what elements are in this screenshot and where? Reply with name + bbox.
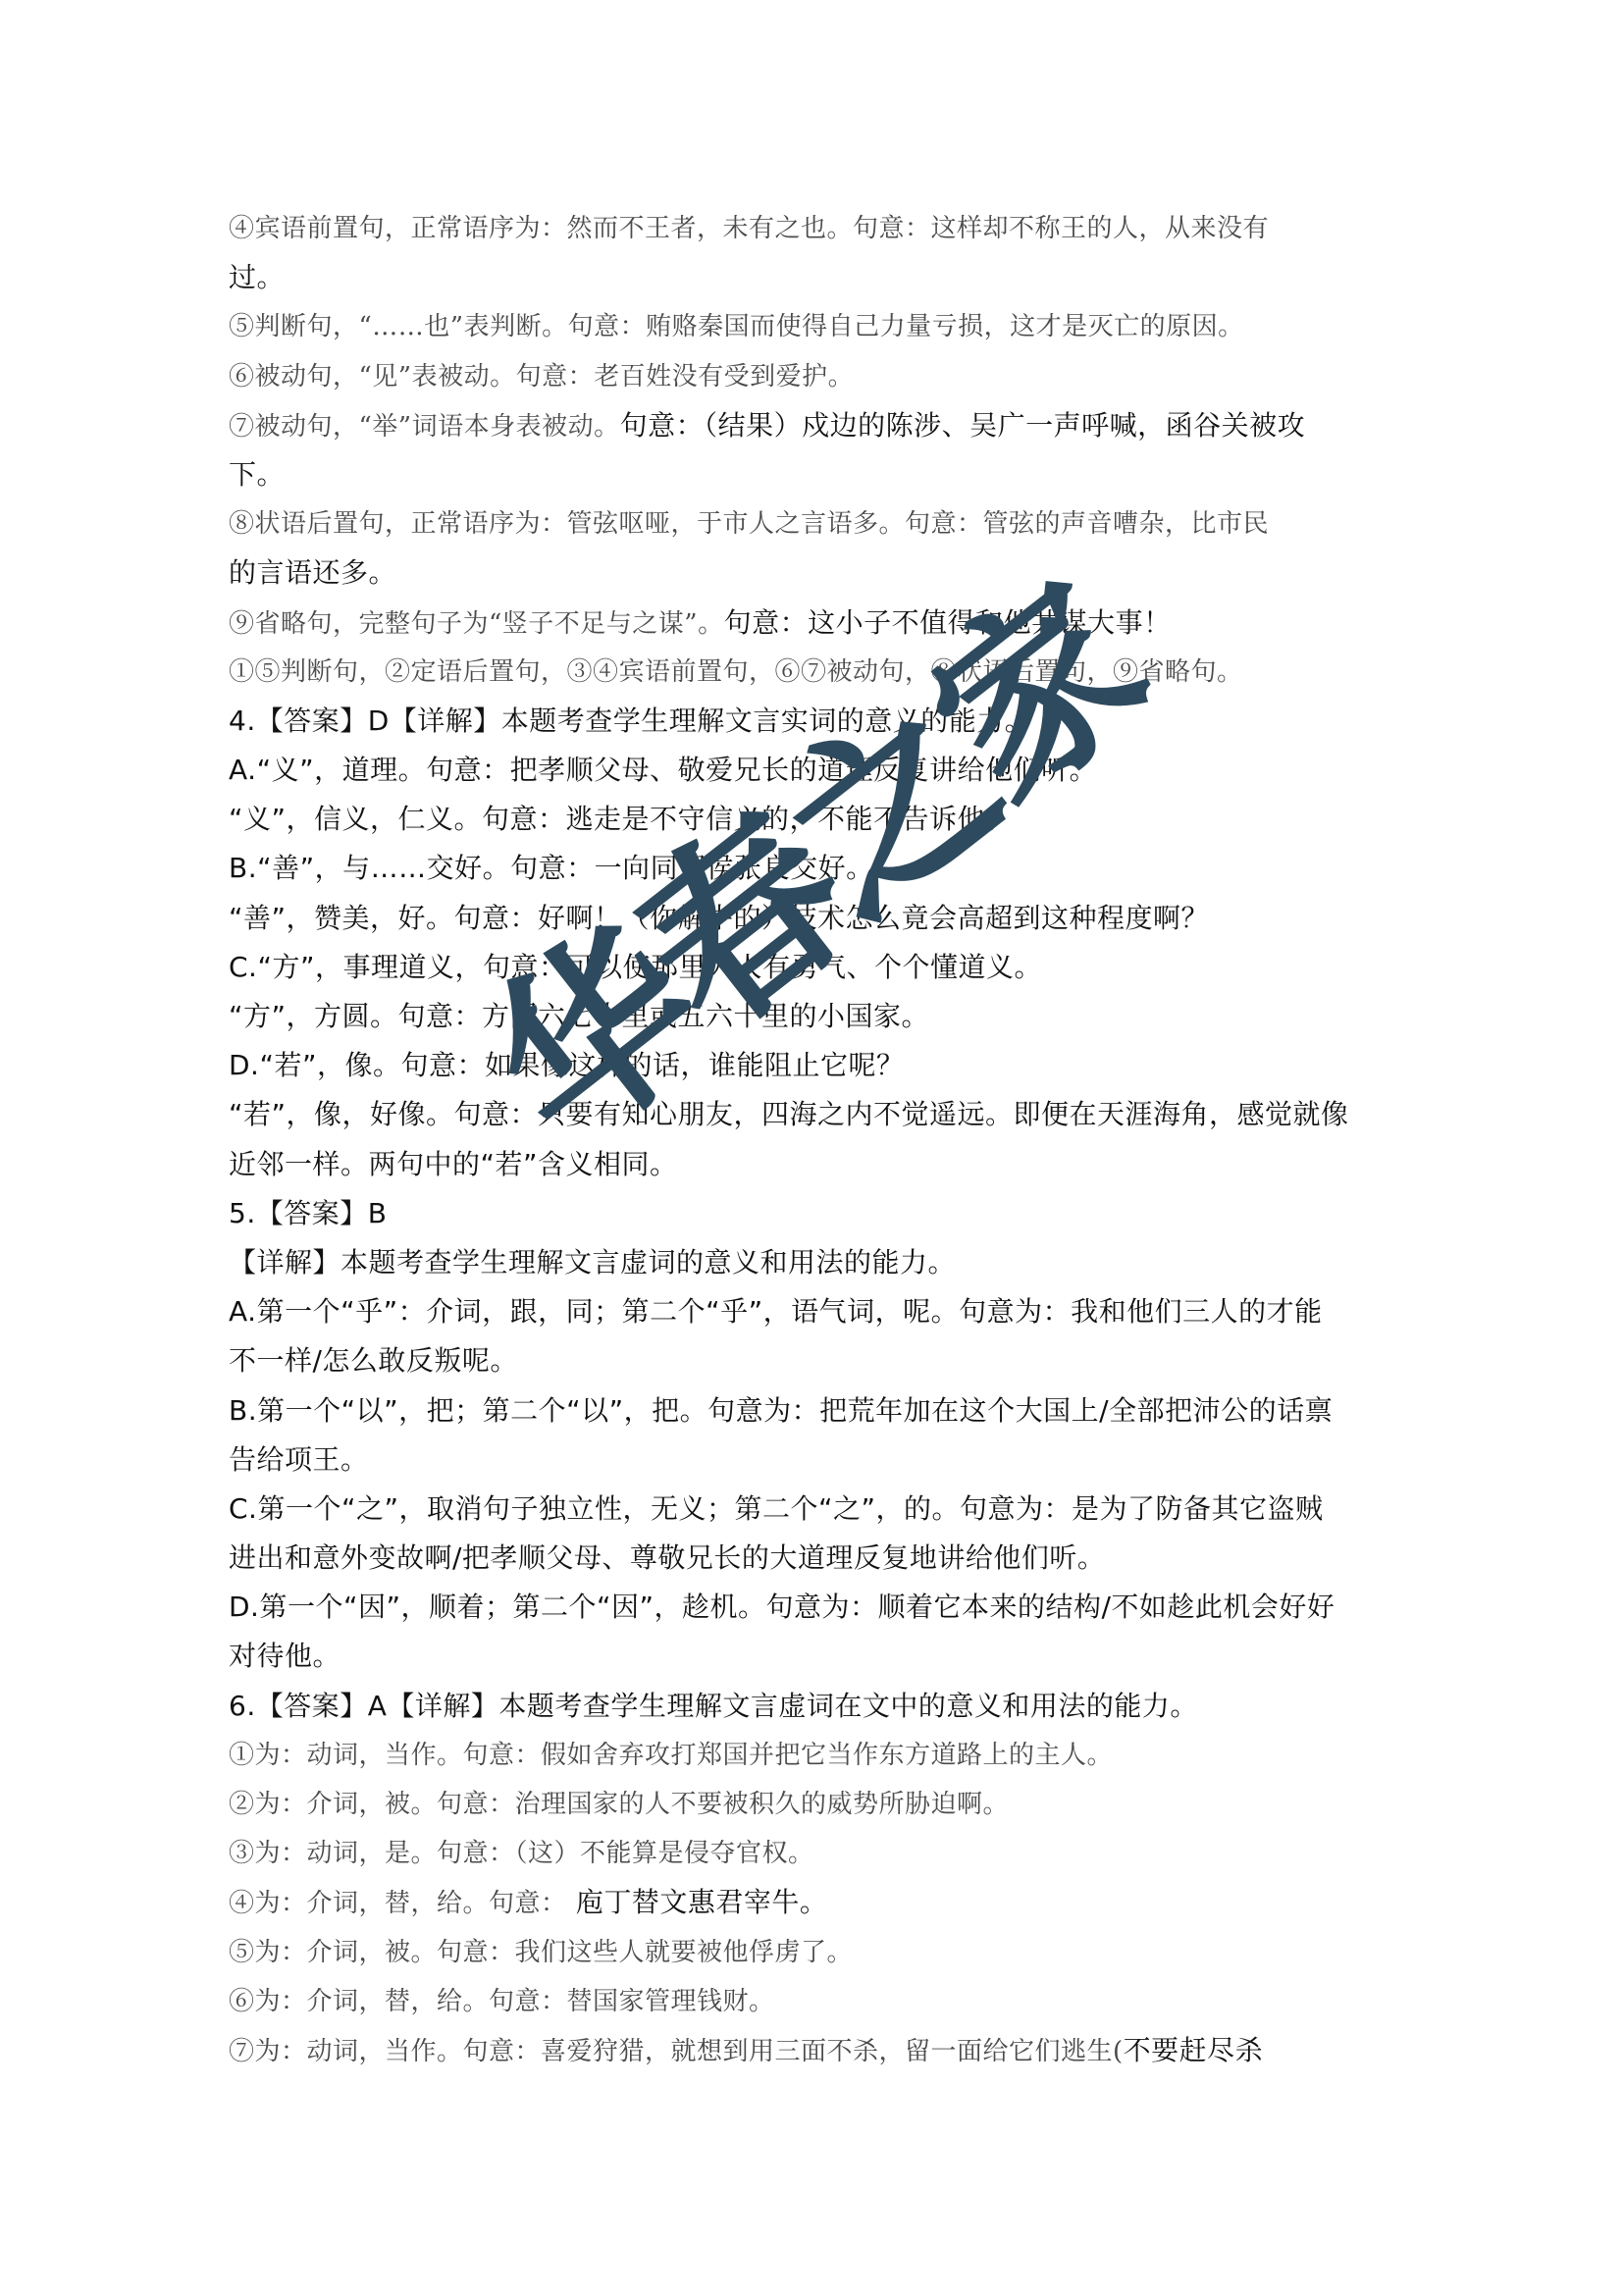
text-line: C.“方”，事理道义，句意：可以使那里人人有勇气、个个懂道义。 xyxy=(229,943,1406,992)
text-line: ⑥被动句，“见”表被动。句意：老百姓没有受到爱护。 xyxy=(229,352,1406,401)
text-line: ⑨省略句，完整句子为“竖子不足与之谋”。句意：这小子不值得和他共谋大事！ xyxy=(229,599,1406,648)
text-line: “若”，像，好像。句意：只要有知心朋友，四海之内不觉遥远。即便在天涯海角，感觉就… xyxy=(229,1090,1406,1139)
text-line: 【详解】本题考查学生理解文言虚词的意义和用法的能力。 xyxy=(229,1238,1406,1287)
text-segment: ④为：介词，替，给。句意： xyxy=(229,1889,567,1918)
text-segment: 不要赶尽杀 xyxy=(1124,2034,1264,2066)
text-line: D.第一个“因”，顺着；第二个“因”，趁机。句意为：顺着它本来的结构/不如趁此机… xyxy=(229,1583,1406,1632)
text-line: ⑦为：动词，当作。句意：喜爱狩猎，就想到用三面不杀，留一面给它们逃生(不要赶尽杀 xyxy=(229,2026,1406,2075)
text-line: D.“若”，像。句意：如果像这样的话，谁能阻止它呢？ xyxy=(229,1041,1406,1090)
text-line: ⑤判断句，“……也”表判断。句意：贿赂秦国而使得自己力量亏损，这才是灭亡的原因。 xyxy=(229,302,1406,351)
text-line: ④为：介词，替，给。句意： 庖丁替文惠君宰牛。 xyxy=(229,1878,1406,1927)
text-segment: 庖丁替文惠君宰牛。 xyxy=(567,1886,828,1918)
text-line: 的言语还多。 xyxy=(229,548,1406,598)
text-line: 进出和意外变故啊/把孝顺父母、尊敬兄长的大道理反复地讲给他们听。 xyxy=(229,1534,1406,1583)
text-line: ⑧状语后置句，正常语序为：管弦呕哑，于市人之言语多。句意：管弦的声音嘈杂，比市民 xyxy=(229,499,1406,548)
text-line: 近邻一样。两句中的“若”含义相同。 xyxy=(229,1140,1406,1189)
text-line: B.第一个“以”，把；第二个“以”，把。句意为：把荒年加在这个大国上/全部把沛公… xyxy=(229,1386,1406,1435)
text-line: ⑦被动句，“举”词语本身表被动。句意：（结果）戍边的陈涉、吴广一声呼喊，函谷关被… xyxy=(229,401,1406,450)
text-line: ⑤为：介词，被。句意：我们这些人就要被他俘虏了。 xyxy=(229,1928,1406,1977)
text-line: ③为：动词，是。句意：（这）不能算是侵夺官权。 xyxy=(229,1829,1406,1878)
text-line: ⑥为：介词，替，给。句意：替国家管理钱财。 xyxy=(229,1977,1406,2026)
answer-heading-6: 6.【答案】A【详解】本题考查学生理解文言虚词在文中的意义和用法的能力。 xyxy=(229,1682,1406,1731)
text-line: ①⑤判断句，②定语后置句，③④宾语前置句，⑥⑦被动句，⑧状语后置句，⑨省略句。 xyxy=(229,648,1406,697)
text-segment: ⑦被动句，“举”词语本身表被动。 xyxy=(229,412,620,442)
text-line: ④宾语前置句，正常语序为：然而不王者，未有之也。句意：这样却不称王的人，从来没有 xyxy=(229,204,1406,253)
text-line: 不一样/怎么敢反叛呢。 xyxy=(229,1336,1406,1385)
text-line: “义”，信义，仁义。句意：逃走是不守信义的，不能不告诉他。 xyxy=(229,795,1406,844)
answer-heading-4: 4.【答案】D【详解】本题考查学生理解文言实词的意义的能力。 xyxy=(229,697,1406,746)
document-body: ④宾语前置句，正常语序为：然而不王者，未有之也。句意：这样却不称王的人，从来没有… xyxy=(229,204,1406,2075)
text-line: A.“义”，道理。句意：把孝顺父母、敬爱兄长的道理反复讲给他们听。 xyxy=(229,746,1406,795)
answer-heading-5: 5.【答案】B xyxy=(229,1189,1406,1238)
text-line: 过。 xyxy=(229,253,1406,302)
text-line: A.第一个“乎”：介词，跟，同；第二个“乎”，语气词，呢。句意为：我和他们三人的… xyxy=(229,1287,1406,1336)
text-segment: ⑦为：动词，当作。句意：喜爱狩猎，就想到用三面不杀，留一面给它们逃生( xyxy=(229,2037,1124,2066)
document-page: ④宾语前置句，正常语序为：然而不王者，未有之也。句意：这样却不称王的人，从来没有… xyxy=(0,0,1623,2296)
text-segment: ⑨省略句，完整句子为“竖子不足与之谋”。 xyxy=(229,609,724,639)
text-line: 下。 xyxy=(229,450,1406,499)
text-line: B.“善”，与……交好。句意：一向同留侯张良交好。 xyxy=(229,844,1406,893)
text-line: C.第一个“之”，取消句子独立性，无义；第二个“之”，的。句意为：是为了防备其它… xyxy=(229,1485,1406,1534)
text-line: ②为：介词，被。句意：治理国家的人不要被积久的威势所胁迫啊。 xyxy=(229,1780,1406,1829)
text-segment: 句意：（结果）戍边的陈涉、吴广一声呼喊，函谷关被攻 xyxy=(620,409,1306,442)
text-line: ①为：动词，当作。句意：假如舍弃攻打郑国并把它当作东方道路上的主人。 xyxy=(229,1731,1406,1780)
text-segment: 句意：这小子不值得和他共谋大事！ xyxy=(724,606,1172,639)
text-line: 对待他。 xyxy=(229,1632,1406,1681)
text-line: “善”，赞美，好。句意：好啊！（你解牛的）技术怎么竟会高超到这种程度啊？ xyxy=(229,894,1406,943)
text-line: 告给项王。 xyxy=(229,1435,1406,1485)
text-line: “方”，方圆。句意：方圆六七十里或五六十里的小国家。 xyxy=(229,992,1406,1041)
